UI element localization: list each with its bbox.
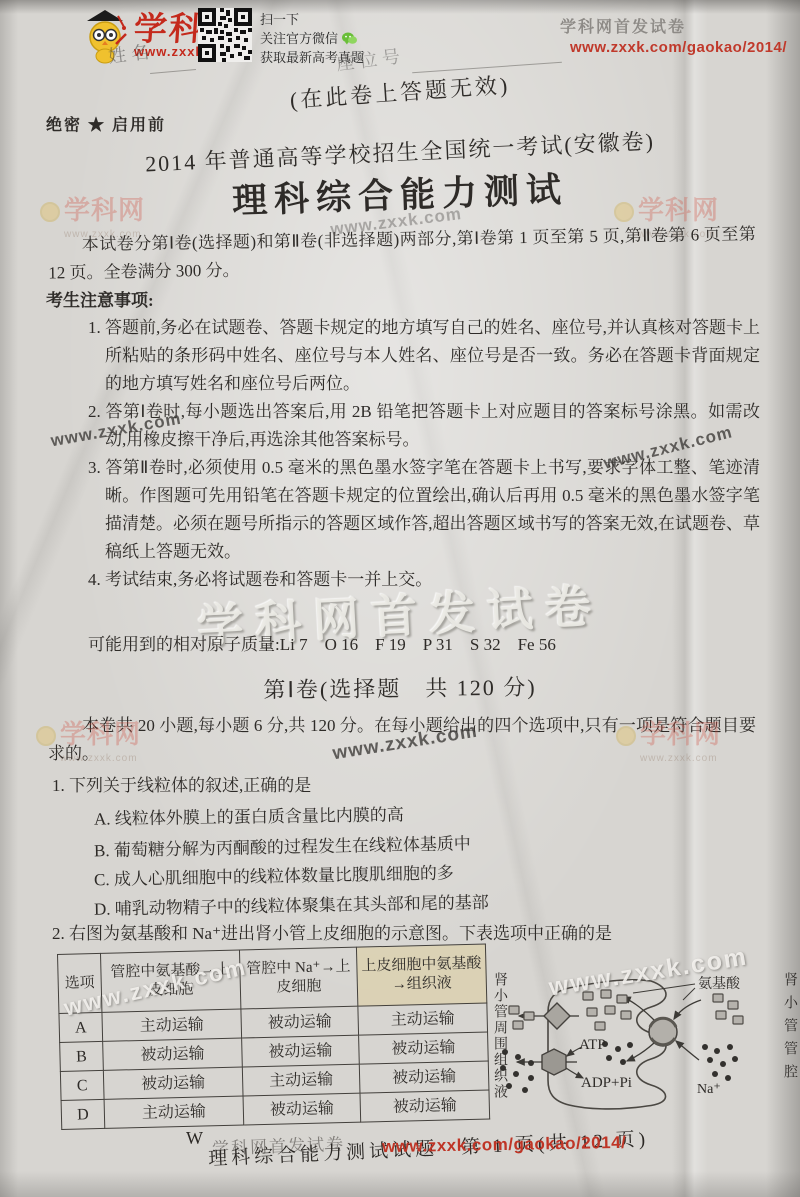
header-right-title: 学科网首发试卷 [560,14,787,37]
col-header-na-in: 管腔中 Na⁺→上皮细胞 [239,947,357,1009]
table-cell: 主动运输 [104,1096,244,1128]
table-cell: 被动运输 [359,1032,489,1064]
section1-intro: 本卷共 20 小题,每小题 6 分,共 120 分。在每小题给出的四个选项中,只… [48,712,756,768]
notice-heading: 考生注意事项: [46,286,154,311]
row-label: A [59,1012,103,1042]
header-right: 学科网首发试卷 www.zxxk.com/gaokao/2014/ [560,14,787,56]
notice-item-1: 1. 答题前,务必在试题卷、答题卡规定的地方填写自己的姓名、座位号,并认真核对答… [88,314,760,398]
table-cell: 被动运输 [242,1035,360,1067]
footer-site-url: www.zxxk.com/gaokao/2014/ [382,1133,627,1157]
wechat-icon [342,32,357,45]
na-label: Na⁺ [697,1082,721,1097]
table-cell: 被动运输 [359,1061,489,1093]
table-cell: 被动运输 [103,1067,243,1099]
amino-acid-squares [509,990,743,1030]
table-cell: 主动运输 [242,1064,360,1096]
qr-caption-line2: 关注官方微信 [260,31,338,46]
notice-item-3: 3. 答第Ⅱ卷时,必须使用 0.5 毫米的黑色墨水签字笔在答题卡上书写,要求字体… [88,454,760,566]
section1-heading: 第Ⅰ卷(选择题 共 120 分) [0,668,800,707]
table-header-row: 选项 管腔中氨基酸→上皮细胞 管腔中 Na⁺→上皮细胞 上皮细胞中氨基酸→组织液 [58,944,487,1013]
secret-label: 绝密 ★ 启用前 [46,112,166,135]
notice-item-4: 4. 考试结束,务必将试题卷和答题卡一并上交。 [88,566,760,594]
table-cell: 被动运输 [103,1038,243,1070]
atomic-masses: 可能用到的相对原子质量:Li 7 O 16 F 19 P 31 S 32 Fe … [88,630,556,655]
col-header-option: 选项 [58,953,102,1013]
cell-transport-diagram: ATP ADP+Pi Na⁺ 氨基酸 肾小管周围组织液 肾小管管腔 [487,948,799,1128]
table-cell: 被动运输 [243,1093,361,1125]
atp-label: ATP [579,1037,606,1053]
scanned-exam-page: 学科网 www.zxxk.com 扫一下 关注官方微信 [0,0,800,1197]
notice-list: 1. 答题前,务必在试题卷、答题卡规定的地方填写自己的姓名、座位号,并认真核对答… [48,314,760,594]
table-cell: 主动运输 [358,1003,488,1035]
exam-intro: 本试卷分第Ⅰ卷(选择题)和第Ⅱ卷(非选择题)两部分,第Ⅰ卷第 1 页至第 5 页… [48,220,757,287]
adp-label: ADP+Pi [581,1075,632,1091]
amino-acid-label: 氨基酸 [698,975,741,992]
table-cell: 主动运输 [102,1009,242,1041]
table-cell: 被动运输 [241,1006,359,1038]
footer-w-mark: W [186,1128,203,1149]
question-1: 1. 下列关于线粒体的叙述,正确的是 A. 线粒体外膜上的蛋白质含量比内膜的高 … [52,772,760,918]
diagram-right-label: 肾小管管腔 [779,972,799,1122]
qr-code-icon [198,8,252,62]
cell-diagram-drawing: ATP ADP+Pi Na⁺ 氨基酸 [487,948,799,1128]
form-name-line [150,68,196,74]
qr-caption-line1: 扫一下 [260,10,364,29]
question-2-stem: 2. 右图为氨基酸和 Na⁺进出肾小管上皮细胞的示意图。下表选项中正确的是 [52,920,764,948]
question-2-table: 选项 管腔中氨基酸→上皮细胞 管腔中 Na⁺→上皮细胞 上皮细胞中氨基酸→组织液… [57,944,490,1130]
notice-item-2: 2. 答第Ⅰ卷时,每小题选出答案后,用 2B 铅笔把答题卡上对应题目的答案标号涂… [88,398,760,454]
hexagon-pump [542,1049,566,1075]
row-label: C [60,1070,104,1100]
question-1-stem: 1. 下列关于线粒体的叙述,正确的是 [52,772,760,800]
col-header-amino-in: 管腔中氨基酸→上皮细胞 [100,950,240,1012]
table-cell: 被动运输 [360,1090,490,1122]
page-footer: W 学科网首发试卷 理科综合能力测试试题 第 1 页(共 12 页) www.z… [0,1126,800,1186]
col-header-amino-out: 上皮细胞中氨基酸→组织液 [356,944,486,1006]
row-label: B [60,1041,104,1071]
form-name-label: 姓名 [107,37,156,68]
row-label: D [61,1099,105,1129]
diagram-left-label: 肾小管周围组织液 [489,972,509,1114]
